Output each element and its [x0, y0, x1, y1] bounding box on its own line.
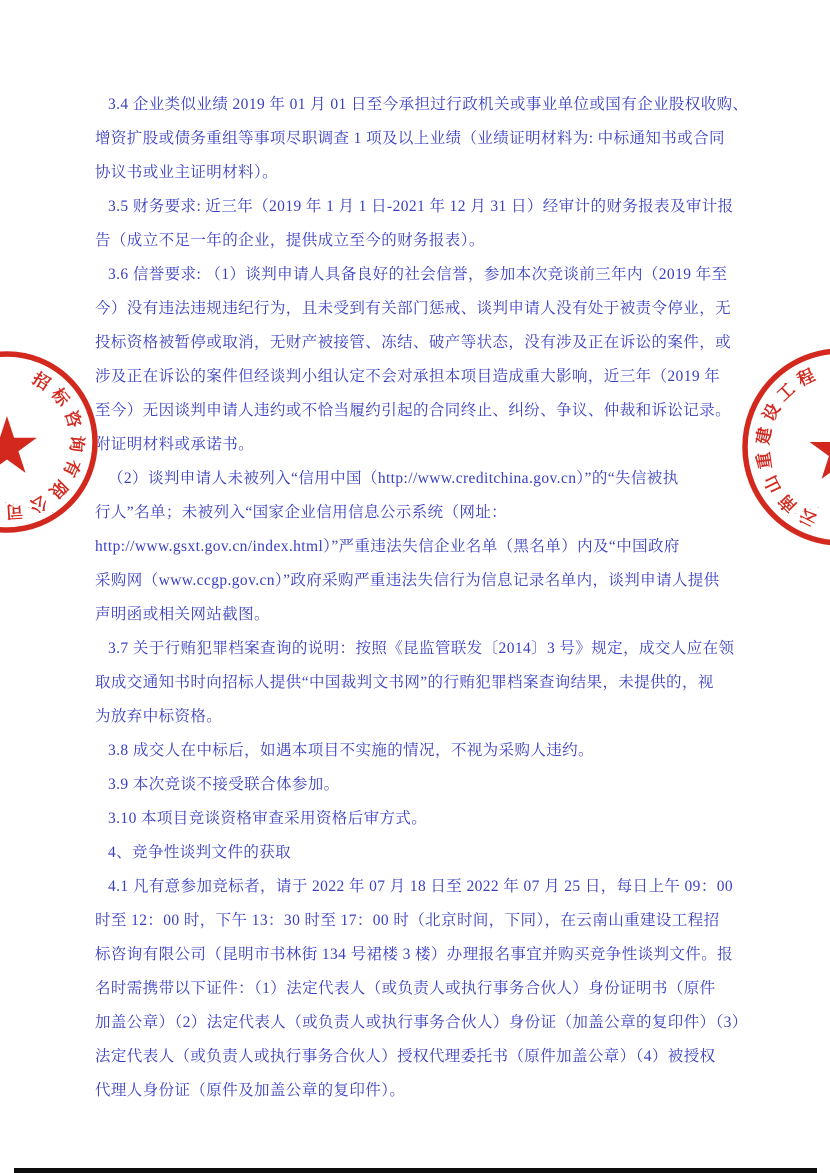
text-line: 3.4 企业类似业绩 2019 年 01 月 01 日至今承担过行政机关或事业单…: [95, 88, 785, 122]
text-line: 3.7 关于行贿犯罪档案查询的说明：按照《昆监管联发〔2014〕3 号》规定，成…: [95, 632, 785, 666]
star-icon: ★: [804, 406, 830, 497]
page-bottom-rule: [14, 1168, 817, 1173]
text-line: （2）谈判申请人未被列入“信用中国（http://www.creditchina…: [95, 462, 785, 496]
text-line: 涉及正在诉讼的案件但经谈判小组认定不会对承担本项目造成重大影响，近三年（2019…: [95, 360, 785, 394]
text-line: 附证明材料或承诺书。: [95, 428, 785, 462]
text-line: 告（成立不足一年的企业，提供成立至今的财务报表）。: [95, 224, 785, 258]
text-line: 采购网（www.ccgp.gov.cn）”政府采购严重违法失信行为信息记录名单内…: [95, 564, 785, 598]
text-line: 加盖公章）（2）法定代表人（或负责人或执行事务合伙人）身份证（加盖公章的复印件）…: [95, 1006, 785, 1040]
text-line: 3.6 信誉要求: （1）谈判申请人具备良好的社会信誉，参加本次竞谈前三年内（2…: [95, 258, 785, 292]
seal-serial-marks: ﹒﹒﹒﹒﹒﹒﹒: [2, 496, 58, 515]
text-line: 4.1 凡有意参加竞标者，请于 2022 年 07 月 18 日至 2022 年…: [95, 870, 785, 904]
svg-text:招标咨询有限公司: 招标咨询有限公司: [0, 367, 88, 521]
text-line: http://www.gsxt.gov.cn/index.html）”严重违法失…: [95, 530, 785, 564]
text-line: 名时需携带以下证件：（1）法定代表人（或负责人或执行事务合伙人）身份证明书（原件: [95, 972, 785, 1006]
scanned-document-page: 3.4 企业类似业绩 2019 年 01 月 01 日至今承担过行政机关或事业单…: [0, 0, 830, 1173]
text-line: 3.10 本项目竞谈资格审查采用资格后审方式。: [95, 802, 785, 836]
text-line: 标咨询有限公司（昆明市书林街 134 号裙楼 3 楼）办理报名事宜并购买竞争性谈…: [95, 938, 785, 972]
text-line: 3.9 本次竞谈不接受联合体参加。: [95, 768, 785, 802]
text-line: 时至 12：00 时，下午 13：30 时至 17：00 时（北京时间，下同），…: [95, 904, 785, 938]
text-line: 至今）无因谈判申请人违约或不恰当履约引起的合同终止、纠纷、争议、仲裁和诉讼记录。: [95, 394, 785, 428]
seal-serial-marks: ﹒﹒﹒﹒﹒: [782, 501, 823, 519]
text-line: 声明函或相关网站截图。: [95, 598, 785, 632]
text-line: 为放弃中标资格。: [95, 700, 785, 734]
text-line: 行人”名单；未被列入“国家企业信用信息公示系统（网址：: [95, 496, 785, 530]
seal-arc-text: 招标咨询有限公司: [0, 367, 88, 521]
text-line: 法定代表人（或负责人或执行事务合伙人）授权代理委托书（原件加盖公章）（4）被授权: [95, 1040, 785, 1074]
text-line: 代理人身份证（原件及加盖公章的复印件）。: [95, 1074, 785, 1108]
seal-ring: [0, 354, 95, 530]
text-line: 增资扩股或债务重组等事项尽职调查 1 项及以上业绩（业绩证明材料为: 中标通知书…: [95, 122, 785, 156]
text-line: 协议书或业主证明材料）。: [95, 156, 785, 190]
star-icon: ★: [0, 403, 42, 490]
text-line: 取成交通知书时向招标人提供“中国裁判文书网”的行贿犯罪档案查询结果，未提供的，视: [95, 666, 785, 700]
text-line: 投标资格被暂停或取消，无财产被接管、冻结、破产等状态，没有涉及正在诉讼的案件，或: [95, 326, 785, 360]
text-line: 4、竞争性谈判文件的获取: [95, 836, 785, 870]
document-lines: 3.4 企业类似业绩 2019 年 01 月 01 日至今承担过行政机关或事业单…: [95, 88, 785, 1108]
text-line: 3.8 成交人在中标后，如遇本项目不实施的情况，不视为采购人违约。: [95, 734, 785, 768]
text-line: 今）没有违法违规违纪行为，且未受到有关部门惩戒、谈判申请人没有处于被责令停业，无: [95, 292, 785, 326]
text-line: 3.5 财务要求: 近三年（2019 年 1 月 1 日-2021 年 12 月…: [95, 190, 785, 224]
